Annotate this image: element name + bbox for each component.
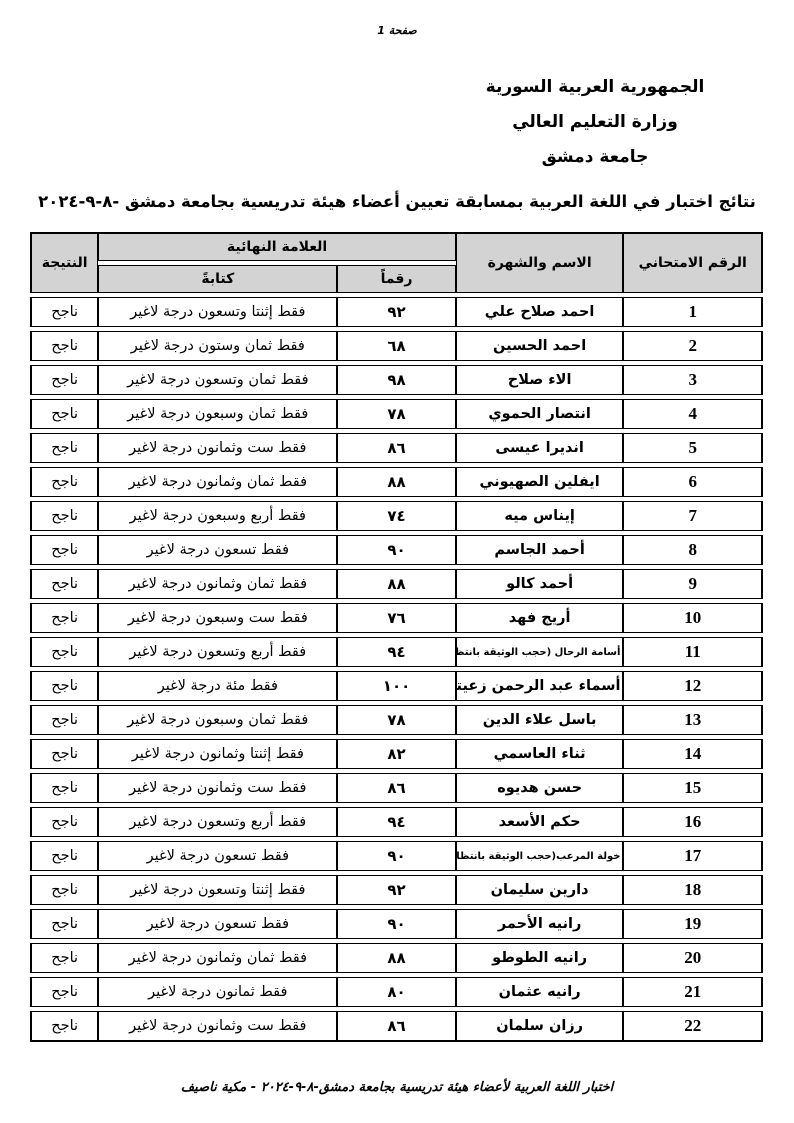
result-cell: ناجح (30, 467, 98, 497)
mark-words-cell: فقط ست وثمانون درجة لاغير (98, 1011, 337, 1042)
table-row: 13باسل علاء الدين٧٨فقط ثمان وسبعون درجة … (30, 705, 763, 735)
exam-number-cell: 6 (623, 467, 763, 497)
mark-digits-cell: ٩٨ (337, 365, 455, 395)
name-cell: حكم الأسعد (456, 807, 624, 837)
mark-words-cell: فقط أربع وتسعون درجة لاغير (98, 807, 337, 837)
name-cell: إيناس ميه (456, 501, 624, 531)
exam-number-cell: 12 (623, 671, 763, 701)
name-cell: باسل علاء الدين (456, 705, 624, 735)
mark-digits-cell: ٩٠ (337, 535, 455, 565)
header-mark-written: كتابةً (98, 265, 337, 293)
name-cell: ثناء العاسمي (456, 739, 624, 769)
header-row-top: الرقم الامتحاني الاسم والشهرة العلامة ال… (30, 232, 763, 261)
result-cell: ناجح (30, 671, 98, 701)
exam-number-cell: 5 (623, 433, 763, 463)
table-row: 1احمد صلاح علي٩٢فقط إثنتا وتسعون درجة لا… (30, 297, 763, 327)
result-cell: ناجح (30, 399, 98, 429)
result-cell: ناجح (30, 841, 98, 871)
mark-words-cell: فقط ثمان وستون درجة لاغير (98, 331, 337, 361)
result-cell: ناجح (30, 807, 98, 837)
exam-number-cell: 19 (623, 909, 763, 939)
result-cell: ناجح (30, 331, 98, 361)
mark-words-cell: فقط أربع وسبعون درجة لاغير (98, 501, 337, 531)
mark-digits-cell: ٩٢ (337, 875, 455, 905)
exam-number-cell: 20 (623, 943, 763, 973)
page-number: صفحة 1 (0, 24, 794, 37)
name-cell: أحمد كالو (456, 569, 624, 599)
mark-words-cell: فقط تسعون درجة لاغير (98, 909, 337, 939)
result-cell: ناجح (30, 943, 98, 973)
table-row: 17خولة المرعب(حجب الوثيقة بانتظار المصدق… (30, 841, 763, 871)
exam-number-cell: 22 (623, 1011, 763, 1042)
mark-words-cell: فقط إثنتا وتسعون درجة لاغير (98, 875, 337, 905)
mark-words-cell: فقط تسعون درجة لاغير (98, 841, 337, 871)
mark-digits-cell: ٨٢ (337, 739, 455, 769)
mark-digits-cell: ٨٨ (337, 467, 455, 497)
letterhead-ministry: وزارة التعليم العالي (480, 105, 710, 140)
header-final-mark: العلامة النهائية (98, 232, 455, 261)
table-row: 16حكم الأسعد٩٤فقط أربع وتسعون درجة لاغير… (30, 807, 763, 837)
mark-words-cell: فقط ثمان وثمانون درجة لاغير (98, 467, 337, 497)
exam-number-cell: 3 (623, 365, 763, 395)
exam-number-cell: 8 (623, 535, 763, 565)
mark-digits-cell: ٨٠ (337, 977, 455, 1007)
exam-number-cell: 15 (623, 773, 763, 803)
mark-digits-cell: ٨٦ (337, 773, 455, 803)
header-name: الاسم والشهرة (456, 232, 624, 293)
name-cell: أسامة الرحال (حجب الوثيقة بانتظار المصدق… (456, 637, 624, 667)
result-cell: ناجح (30, 433, 98, 463)
table-row: 19رانيه الأحمر٩٠فقط تسعون درجة لاغيرناجح (30, 909, 763, 939)
results-table-body: 1احمد صلاح علي٩٢فقط إثنتا وتسعون درجة لا… (30, 297, 763, 1042)
mark-digits-cell: ٨٨ (337, 943, 455, 973)
mark-words-cell: فقط تسعون درجة لاغير (98, 535, 337, 565)
name-cell: رانيه الأحمر (456, 909, 624, 939)
exam-number-cell: 4 (623, 399, 763, 429)
name-cell: رانيه الطوطو (456, 943, 624, 973)
table-row: 18دارين سليمان٩٢فقط إثنتا وتسعون درجة لا… (30, 875, 763, 905)
table-row: 12أسماء عبد الرحمن زعيتر١٠٠فقط مئة درجة … (30, 671, 763, 701)
result-cell: ناجح (30, 365, 98, 395)
exam-number-cell: 18 (623, 875, 763, 905)
result-cell: ناجح (30, 603, 98, 633)
mark-digits-cell: ٩٢ (337, 297, 455, 327)
result-cell: ناجح (30, 569, 98, 599)
result-cell: ناجح (30, 875, 98, 905)
document-page: صفحة 1 الجمهورية العربية السورية وزارة ا… (0, 0, 794, 1123)
table-row: 21رانيه عثمان٨٠فقط ثمانون درجة لاغيرناجح (30, 977, 763, 1007)
exam-number-cell: 13 (623, 705, 763, 735)
mark-words-cell: فقط مئة درجة لاغير (98, 671, 337, 701)
mark-words-cell: فقط ثمانون درجة لاغير (98, 977, 337, 1007)
exam-number-cell: 16 (623, 807, 763, 837)
header-mark-numeric: رقماً (337, 265, 455, 293)
name-cell: احمد الحسين (456, 331, 624, 361)
name-cell: احمد صلاح علي (456, 297, 624, 327)
exam-number-cell: 7 (623, 501, 763, 531)
mark-words-cell: فقط ست وسبعون درجة لاغير (98, 603, 337, 633)
letterhead: الجمهورية العربية السورية وزارة التعليم … (480, 70, 710, 175)
table-row: 11أسامة الرحال (حجب الوثيقة بانتظار المص… (30, 637, 763, 667)
document-title: نتائج اختبار في اللغة العربية بمسابقة تع… (20, 192, 774, 211)
mark-words-cell: فقط ست وثمانون درجة لاغير (98, 433, 337, 463)
name-cell: رزان سلمان (456, 1011, 624, 1042)
name-cell: أحمد الجاسم (456, 535, 624, 565)
result-cell: ناجح (30, 297, 98, 327)
result-cell: ناجح (30, 501, 98, 531)
name-cell: دارين سليمان (456, 875, 624, 905)
exam-number-cell: 14 (623, 739, 763, 769)
mark-digits-cell: ٩٤ (337, 807, 455, 837)
exam-number-cell: 11 (623, 637, 763, 667)
table-row: 7إيناس ميه٧٤فقط أربع وسبعون درجة لاغيرنا… (30, 501, 763, 531)
table-row: 3الاء صلاح٩٨فقط ثمان وتسعون درجة لاغيرنا… (30, 365, 763, 395)
mark-digits-cell: ٨٦ (337, 433, 455, 463)
table-row: 5انديرا عيسى٨٦فقط ست وثمانون درجة لاغيرن… (30, 433, 763, 463)
mark-digits-cell: ٩٠ (337, 909, 455, 939)
mark-words-cell: فقط ست وثمانون درجة لاغير (98, 773, 337, 803)
mark-words-cell: فقط ثمان وسبعون درجة لاغير (98, 399, 337, 429)
letterhead-country: الجمهورية العربية السورية (480, 70, 710, 105)
name-cell: أسماء عبد الرحمن زعيتر (456, 671, 624, 701)
results-table-header: الرقم الامتحاني الاسم والشهرة العلامة ال… (30, 232, 763, 293)
result-cell: ناجح (30, 637, 98, 667)
mark-words-cell: فقط ثمان وثمانون درجة لاغير (98, 569, 337, 599)
results-table: الرقم الامتحاني الاسم والشهرة العلامة ال… (30, 228, 763, 1046)
table-row: 10أريج فهد٧٦فقط ست وسبعون درجة لاغيرناجح (30, 603, 763, 633)
mark-digits-cell: ٧٨ (337, 399, 455, 429)
mark-words-cell: فقط ثمان وثمانون درجة لاغير (98, 943, 337, 973)
mark-digits-cell: ٩٠ (337, 841, 455, 871)
mark-digits-cell: ٧٤ (337, 501, 455, 531)
mark-digits-cell: ١٠٠ (337, 671, 455, 701)
mark-digits-cell: ٧٦ (337, 603, 455, 633)
mark-digits-cell: ٩٤ (337, 637, 455, 667)
exam-number-cell: 17 (623, 841, 763, 871)
table-row: 4انتصار الحموي٧٨فقط ثمان وسبعون درجة لاغ… (30, 399, 763, 429)
mark-words-cell: فقط إثنتا وتسعون درجة لاغير (98, 297, 337, 327)
table-row: 8أحمد الجاسم٩٠فقط تسعون درجة لاغيرناجح (30, 535, 763, 565)
table-row: 15حسن هديوه٨٦فقط ست وثمانون درجة لاغيرنا… (30, 773, 763, 803)
header-exam-number: الرقم الامتحاني (623, 232, 763, 293)
table-row: 20رانيه الطوطو٨٨فقط ثمان وثمانون درجة لا… (30, 943, 763, 973)
table-row: 14ثناء العاسمي٨٢فقط إثنتا وثمانون درجة ل… (30, 739, 763, 769)
table-row: 22رزان سلمان٨٦فقط ست وثمانون درجة لاغيرن… (30, 1011, 763, 1042)
mark-words-cell: فقط ثمان وتسعون درجة لاغير (98, 365, 337, 395)
exam-number-cell: 10 (623, 603, 763, 633)
table-row: 9أحمد كالو٨٨فقط ثمان وثمانون درجة لاغيرن… (30, 569, 763, 599)
result-cell: ناجح (30, 535, 98, 565)
name-cell: ايفلين الصهيوني (456, 467, 624, 497)
exam-number-cell: 1 (623, 297, 763, 327)
mark-digits-cell: ٦٨ (337, 331, 455, 361)
result-cell: ناجح (30, 773, 98, 803)
mark-words-cell: فقط أربع وتسعون درجة لاغير (98, 637, 337, 667)
result-cell: ناجح (30, 977, 98, 1007)
result-cell: ناجح (30, 1011, 98, 1042)
mark-digits-cell: ٧٨ (337, 705, 455, 735)
mark-digits-cell: ٨٨ (337, 569, 455, 599)
table-row: 2احمد الحسين٦٨فقط ثمان وستون درجة لاغيرن… (30, 331, 763, 361)
name-cell: الاء صلاح (456, 365, 624, 395)
letterhead-university: جامعة دمشق (480, 140, 710, 175)
name-cell: خولة المرعب(حجب الوثيقة بانتظار المصدقة) (456, 841, 624, 871)
document-footer: اختبار اللغة العربية لأعضاء هيئة تدريسية… (0, 1080, 794, 1095)
name-cell: أريج فهد (456, 603, 624, 633)
result-cell: ناجح (30, 705, 98, 735)
mark-words-cell: فقط إثنتا وثمانون درجة لاغير (98, 739, 337, 769)
table-row: 6ايفلين الصهيوني٨٨فقط ثمان وثمانون درجة … (30, 467, 763, 497)
result-cell: ناجح (30, 909, 98, 939)
name-cell: انديرا عيسى (456, 433, 624, 463)
mark-words-cell: فقط ثمان وسبعون درجة لاغير (98, 705, 337, 735)
result-cell: ناجح (30, 739, 98, 769)
name-cell: انتصار الحموي (456, 399, 624, 429)
header-result: النتيجة (30, 232, 98, 293)
name-cell: حسن هديوه (456, 773, 624, 803)
mark-digits-cell: ٨٦ (337, 1011, 455, 1042)
exam-number-cell: 9 (623, 569, 763, 599)
exam-number-cell: 2 (623, 331, 763, 361)
exam-number-cell: 21 (623, 977, 763, 1007)
name-cell: رانيه عثمان (456, 977, 624, 1007)
